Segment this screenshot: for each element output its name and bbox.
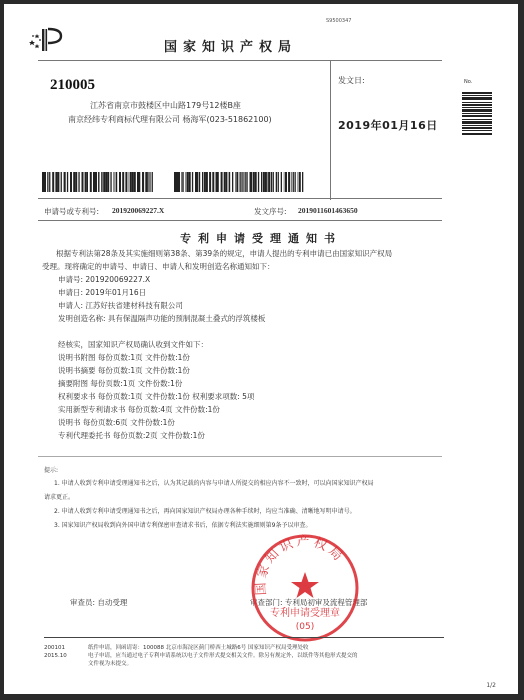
- vertical-barcode: [462, 92, 492, 135]
- received-document: 实用新型专利请求书 每份页数:4页 文件份数:1份: [58, 403, 254, 416]
- issue-date: 2019年01月16日: [338, 117, 438, 133]
- vertical-barcode-label: No.: [464, 79, 472, 85]
- serial-number: 2019011601463650: [298, 206, 358, 215]
- note-item: 3. 国家知识产权局收到向外国申请专利保密审查请求书后，依据专利法实施细则第9条…: [44, 519, 374, 533]
- note-item: 2. 申请人收到专利申请受理通知书之后，再向国家知识产权局办理各种手续时，均应当…: [44, 505, 374, 519]
- postcode: 210005: [50, 77, 95, 94]
- notice-field: 申请号: 201920069227.X: [58, 273, 265, 286]
- form-date: 2015.10: [44, 652, 67, 660]
- notice-field: 申请人: 江苏好扶省建材科技有限公司: [58, 299, 265, 312]
- page-number: 1/2: [486, 682, 496, 689]
- cnipa-logo-icon: [28, 26, 64, 52]
- meta-top-divider: [38, 198, 442, 199]
- document-serial: S9500347: [326, 18, 351, 24]
- document-list: 说明书附图 每份页数:1页 文件份数:1份说明书摘要 每份页数:1页 文件份数:…: [58, 351, 254, 442]
- received-document: 摘要附图 每份页数:1页 文件份数:1份: [58, 377, 254, 390]
- header-column-divider: [330, 60, 331, 200]
- svg-text:(05): (05): [296, 622, 314, 632]
- recipient-agency: 南京经纬专利商标代理有限公司 杨海军(023-51862100): [68, 114, 272, 125]
- notice-page: S9500347 国家知识产权局 210005 江苏省南京市鼓楼区中山路179号…: [4, 4, 518, 694]
- agency-name: 国家知识产权局: [164, 36, 297, 55]
- received-document: 说明书 每份页数:6页 文件份数:1份: [58, 416, 254, 429]
- meta-bottom-divider: [38, 220, 442, 221]
- barcode-serial: [174, 172, 304, 192]
- header-divider: [38, 60, 442, 61]
- received-document: 说明书附图 每份页数:1页 文件份数:1份: [58, 351, 254, 364]
- recipient-address: 江苏省南京市鼓楼区中山路179号12楼B座: [90, 100, 241, 111]
- application-number-label: 申请号或专利号:: [44, 206, 99, 217]
- intro-line-2: 受理。现将确定的申请号、申请日、申请人和发明创造名称通知如下：: [42, 260, 275, 273]
- notes-heading: 提示:: [44, 464, 58, 478]
- notes-divider: [38, 456, 442, 457]
- footer-divider: [44, 637, 444, 638]
- received-document: 权利要求书 每份页数:1页 文件份数:1份 权利要求项数: 5项: [58, 390, 254, 403]
- application-number: 201920069227.X: [112, 206, 164, 215]
- serial-number-label: 发文序号:: [254, 206, 287, 217]
- barcode-application: [42, 172, 154, 192]
- notice-field: 申请日: 2019年01月16日: [58, 286, 265, 299]
- received-document: 说明书摘要 每份页数:1页 文件份数:1份: [58, 364, 254, 377]
- issue-date-label: 发文日:: [338, 75, 365, 86]
- field-list: 申请号: 201920069227.X申请日: 2019年01月16日申请人: …: [58, 273, 265, 325]
- intro-line-1: 根据专利法第28条及其实施细则第38条、第39条的规定，申请人提出的专利申请已由…: [56, 247, 392, 260]
- received-document: 专利代理委托书 每份页数:2页 文件份数:1份: [58, 429, 254, 442]
- footer-line-1: 纸件申请，回函请寄：100088 北京市海淀区蓟门桥西土城路6号 国家知识产权局…: [88, 644, 309, 652]
- examiner: 审查员: 自动受理: [70, 596, 127, 609]
- notice-field: 发明创造名称: 具有保温隔声功能的预制混凝土叠式的浮筑楼板: [58, 312, 265, 325]
- received-intro: 经核实，国家知识产权局确认收到文件如下：: [58, 338, 208, 351]
- note-item: 1. 申请人收到专利申请受理通知书之后，认为其记载的内容与申请人所提交的相应内容…: [44, 477, 374, 491]
- notes-list: 1. 申请人收到专利申请受理通知书之后，认为其记载的内容与申请人所提交的相应内容…: [44, 477, 374, 533]
- official-seal-icon: 国家知识产权局 专利申请受理章 (05): [249, 532, 361, 644]
- footer-line-3: 文件视为未提交。: [88, 660, 132, 668]
- svg-text:专利申请受理章: 专利申请受理章: [270, 606, 340, 619]
- notice-title: 专利申请受理通知书: [4, 230, 518, 246]
- note-item: 请求更正。: [44, 491, 374, 505]
- footer-line-2: 电子申请，应当通过电子专利申请系统以电子文件形式提交相关文件。除另有规定外，以纸…: [88, 652, 358, 660]
- form-code: 200101: [44, 644, 65, 652]
